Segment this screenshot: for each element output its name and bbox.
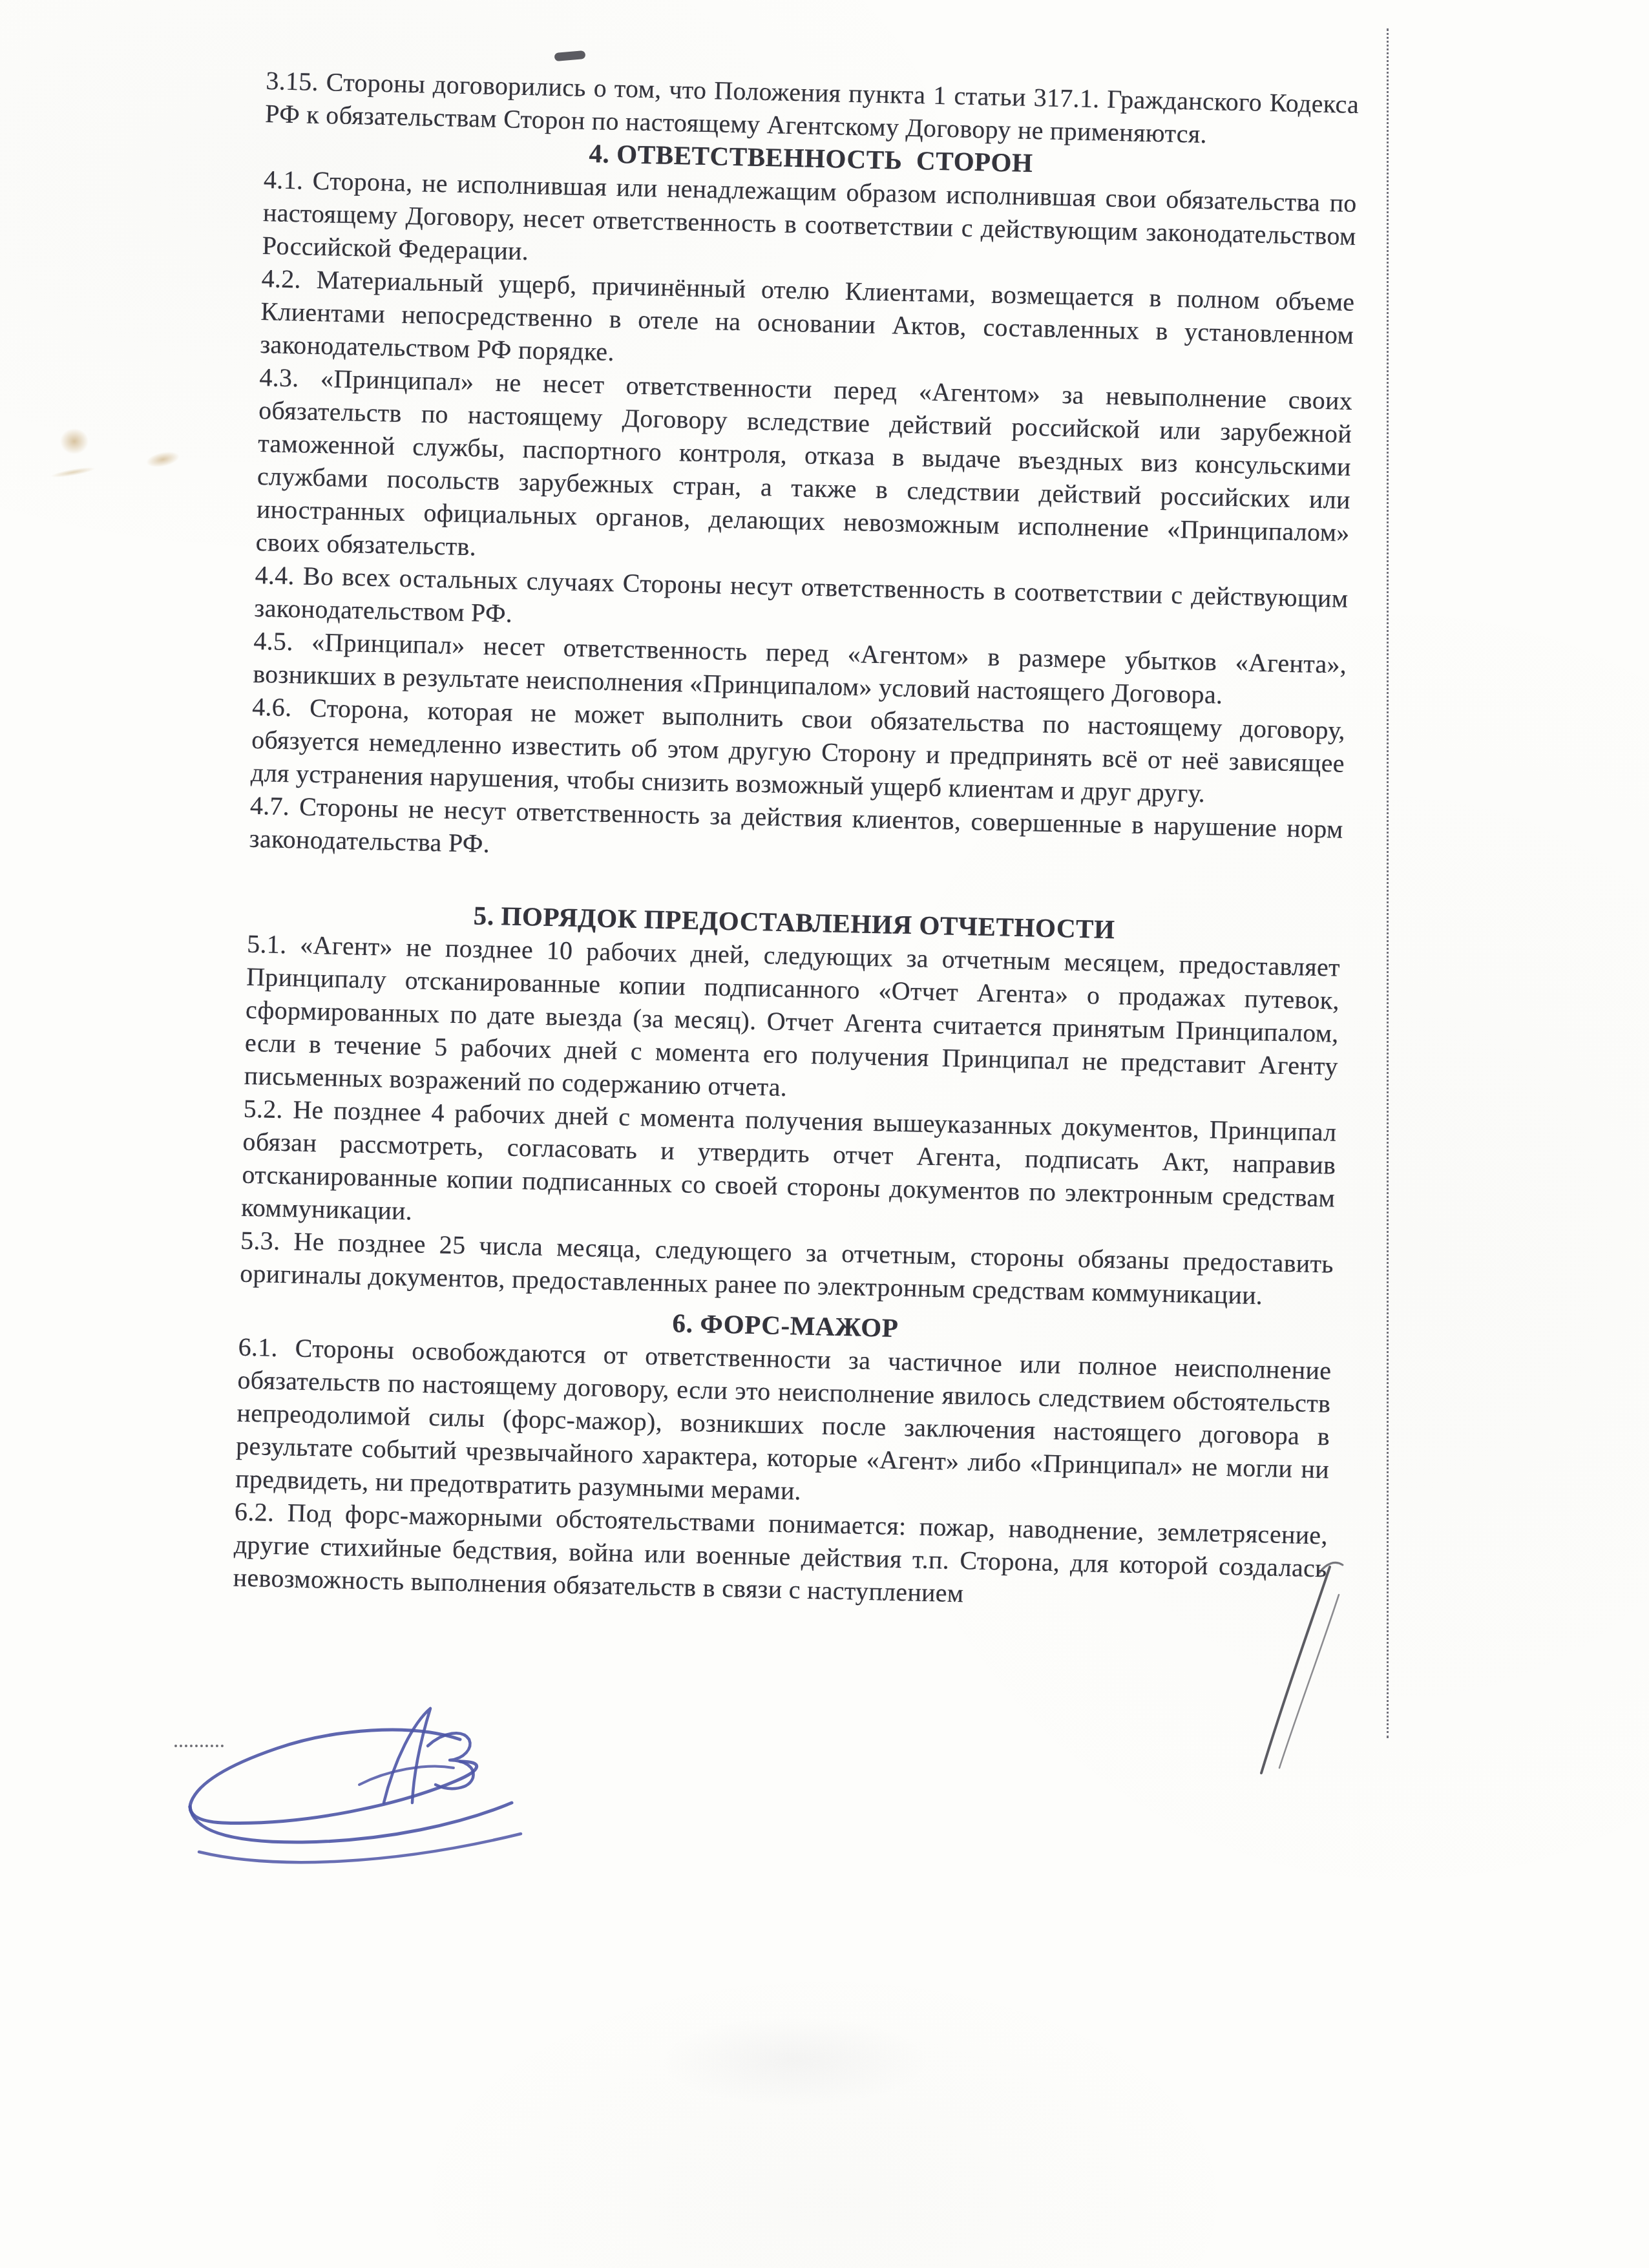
signature xyxy=(0,0,1649,2268)
signature-stroke xyxy=(359,1767,454,1785)
signature-stroke xyxy=(190,1730,477,1823)
signature-stroke xyxy=(384,1708,430,1803)
scanned-contract-page: 3.15. Стороны договорились о том, что По… xyxy=(0,0,1649,2268)
